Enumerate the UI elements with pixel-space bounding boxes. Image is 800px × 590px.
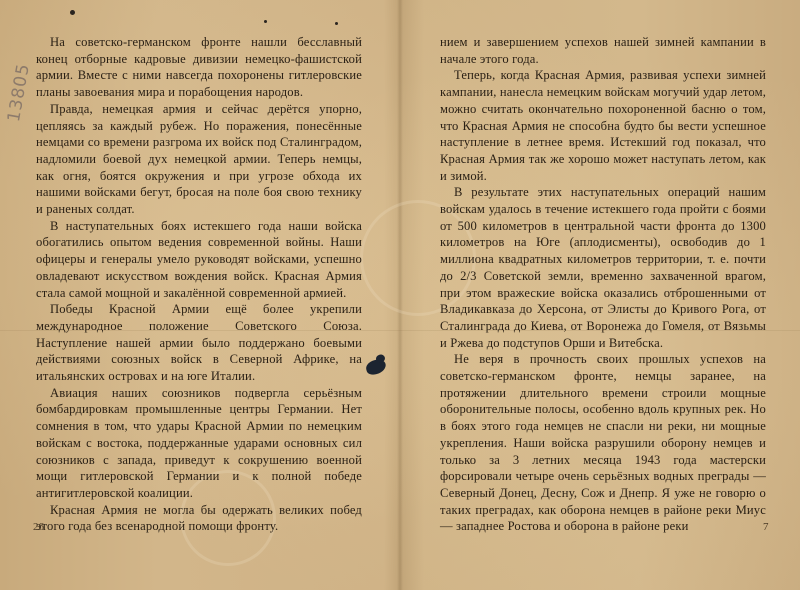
book-spread: 13805 На советско-германском фронте нашл…	[0, 0, 800, 590]
paragraph: Красная Армия не могла бы одержать велик…	[36, 502, 362, 535]
paragraph: Правда, немецкая армия и сейчас дерётся …	[36, 101, 362, 218]
paragraph: Теперь, когда Красная Армия, развивая ус…	[440, 67, 766, 184]
paragraph: Авиация наших союзников подвергла серьёз…	[36, 385, 362, 502]
paragraph: В результате этих наступательных операци…	[440, 184, 766, 351]
paragraph: На советско-германском фронте нашли бесс…	[36, 34, 362, 101]
right-page: нием и завершением успехов нашей зимней …	[400, 0, 800, 590]
left-page-text: На советско-германском фронте нашли бесс…	[36, 34, 362, 535]
page-number: 26	[33, 521, 44, 533]
paragraph: Победы Красной Армии ещё более укрепили …	[36, 301, 362, 385]
page-number: 7	[763, 521, 769, 533]
left-page: На советско-германском фронте нашли бесс…	[0, 0, 400, 590]
right-page-text: нием и завершением успехов нашей зимней …	[440, 34, 766, 535]
paragraph: Не веря в прочность своих прошлых успехо…	[440, 351, 766, 535]
paragraph-continued: нием и завершением успехов нашей зимней …	[440, 34, 766, 67]
paragraph: В наступательных боях истекшего года наш…	[36, 218, 362, 302]
